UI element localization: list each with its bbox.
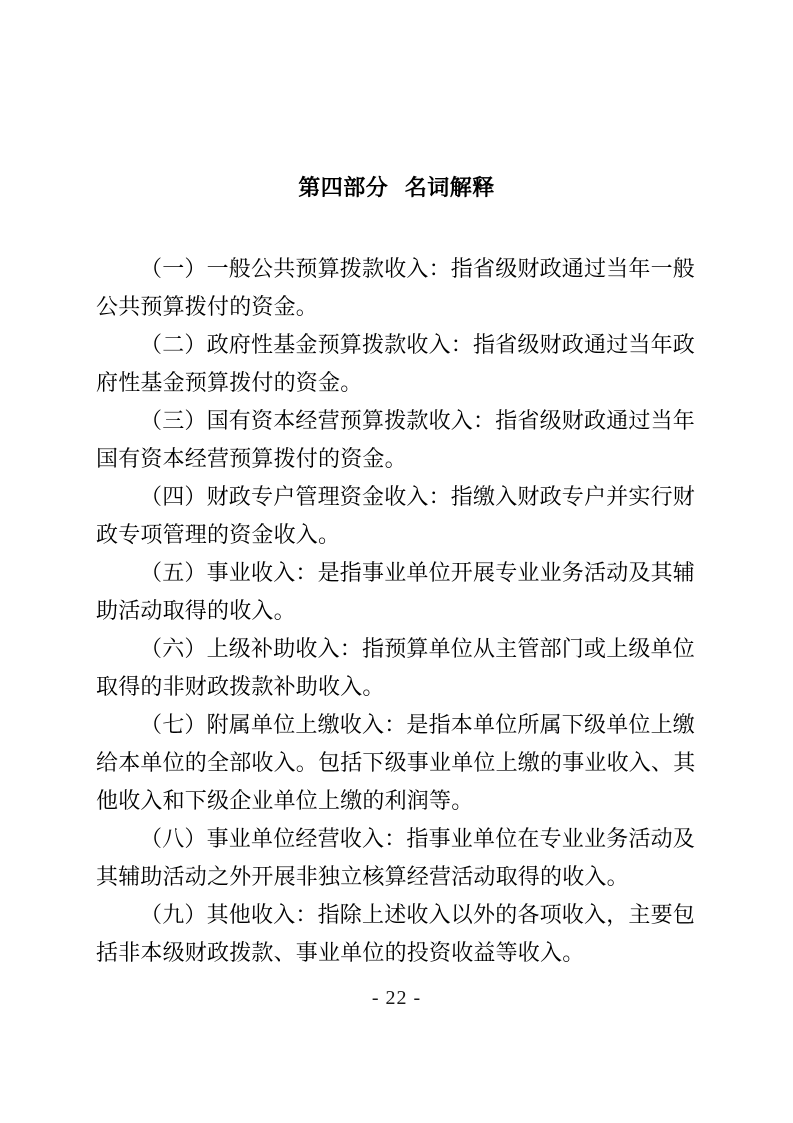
- text-line: （一）一般公共预算拨款收入：指省级财政通过当年一般: [96, 250, 696, 288]
- page-number: - 22 -: [0, 986, 793, 1010]
- text-line: 取得的非财政拨款补助收入。: [96, 668, 696, 706]
- text-line: （四）财政专户管理资金收入：指缴入财政专户并实行财: [96, 478, 696, 516]
- text-line: （七）附属单位上缴收入：是指本单位所属下级单位上缴: [96, 706, 696, 744]
- text-line: （八）事业单位经营收入：指事业单位在专业业务活动及: [96, 820, 696, 858]
- text-line: （六）上级补助收入：指预算单位从主管部门或上级单位: [96, 630, 696, 668]
- text-line: 国有资本经营预算拨付的资金。: [96, 440, 696, 478]
- term-definition-2: （二）政府性基金预算拨款收入：指省级财政通过当年政 府性基金预算拨付的资金。: [96, 326, 696, 402]
- text-line: 括非本级财政拨款、事业单位的投资收益等收入。: [96, 934, 696, 972]
- text-line: 其辅助活动之外开展非独立核算经营活动取得的收入。: [96, 858, 696, 896]
- term-definition-6: （六）上级补助收入：指预算单位从主管部门或上级单位 取得的非财政拨款补助收入。: [96, 630, 696, 706]
- text-line: 给本单位的全部收入。包括下级事业单位上缴的事业收入、其: [96, 744, 696, 782]
- text-line: （九）其他收入：指除上述收入以外的各项收入，主要包: [96, 896, 696, 934]
- text-line: 政专项管理的资金收入。: [96, 516, 696, 554]
- term-definition-1: （一）一般公共预算拨款收入：指省级财政通过当年一般 公共预算拨付的资金。: [96, 250, 696, 326]
- text-line: （三）国有资本经营预算拨款收入：指省级财政通过当年: [96, 402, 696, 440]
- text-line: 助活动取得的收入。: [96, 592, 696, 630]
- text-line: 公共预算拨付的资金。: [96, 288, 696, 326]
- document-body: （一）一般公共预算拨款收入：指省级财政通过当年一般 公共预算拨付的资金。 （二）…: [96, 250, 696, 972]
- document-page: 第四部分 名词解释 （一）一般公共预算拨款收入：指省级财政通过当年一般 公共预算…: [0, 0, 793, 1123]
- term-definition-9: （九）其他收入：指除上述收入以外的各项收入，主要包 括非本级财政拨款、事业单位的…: [96, 896, 696, 972]
- term-definition-7: （七）附属单位上缴收入：是指本单位所属下级单位上缴 给本单位的全部收入。包括下级…: [96, 706, 696, 820]
- text-line: （二）政府性基金预算拨款收入：指省级财政通过当年政: [96, 326, 696, 364]
- section-title: 第四部分 名词解释: [0, 172, 793, 204]
- term-definition-3: （三）国有资本经营预算拨款收入：指省级财政通过当年 国有资本经营预算拨付的资金。: [96, 402, 696, 478]
- text-line: （五）事业收入：是指事业单位开展专业业务活动及其辅: [96, 554, 696, 592]
- text-line: 他收入和下级企业单位上缴的利润等。: [96, 782, 696, 820]
- text-line: 府性基金预算拨付的资金。: [96, 364, 696, 402]
- term-definition-5: （五）事业收入：是指事业单位开展专业业务活动及其辅 助活动取得的收入。: [96, 554, 696, 630]
- term-definition-4: （四）财政专户管理资金收入：指缴入财政专户并实行财 政专项管理的资金收入。: [96, 478, 696, 554]
- term-definition-8: （八）事业单位经营收入：指事业单位在专业业务活动及 其辅助活动之外开展非独立核算…: [96, 820, 696, 896]
